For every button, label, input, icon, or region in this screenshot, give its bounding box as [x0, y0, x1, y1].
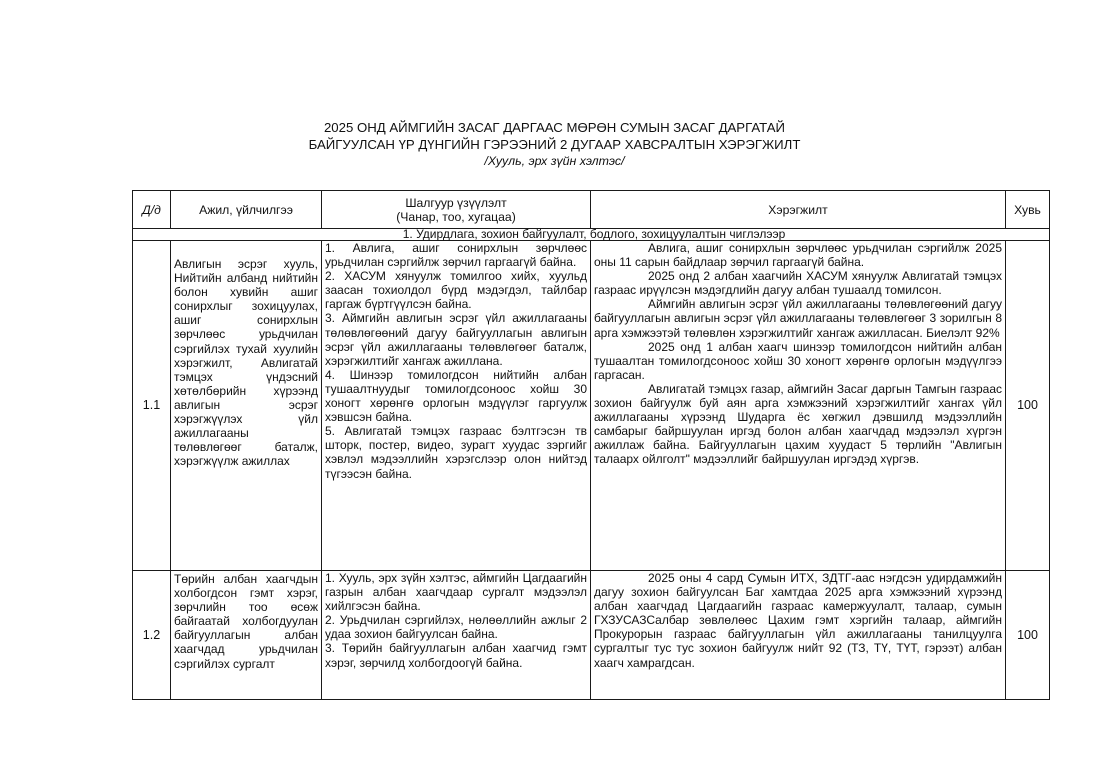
- implementation-paragraph: Аймгийн авлигын эсрэг үйл ажиллагааны тө…: [594, 297, 1002, 339]
- header-criteria: Шалгуур үзүүлэлт (Чанар, тоо, хугацаа): [322, 191, 591, 229]
- criteria-item: 4. Шинээр томилогдсон нийтийн албан туша…: [325, 368, 587, 424]
- row-num: 1.2: [133, 571, 171, 700]
- criteria-item: 3. Аймгийн авлигын эсрэг үйл ажиллагааны…: [325, 311, 587, 367]
- row-criteria: 1. Авлига, ашиг сонирхлын зөрчлөөс урьдч…: [322, 241, 591, 571]
- table-row: 1.2 Төрийн албан хаагчдын холбогдсон гэм…: [133, 571, 1050, 700]
- implementation-table: Д/д Ажил, үйлчилгээ Шалгуур үзүүлэлт (Ча…: [132, 190, 1050, 700]
- table-row: 1.1 Авлигын эсрэг хууль, Нийтийн албанд …: [133, 241, 1050, 571]
- document-title-line-1: 2025 ОНД АЙМГИЙН ЗАСАГ ДАРГААС МӨРӨН СУМ…: [0, 120, 1109, 137]
- document-title-line-2: БАЙГУУЛСАН ҮР ДҮНГИЙН ГЭРЭЭНИЙ 2 ДУГААР …: [0, 137, 1109, 154]
- implementation-paragraph: Авлигатай тэмцэх газар, аймгийн Засаг да…: [594, 382, 1002, 467]
- header-criteria-line2: (Чанар, тоо, хугацаа): [396, 210, 516, 224]
- header-work: Ажил, үйлчилгээ: [171, 191, 322, 229]
- header-percent: Хувь: [1006, 191, 1050, 229]
- implementation-paragraph: 2025 онд 2 албан хаагчийн ХАСУМ хянуулж …: [594, 269, 1002, 297]
- criteria-item: 2. Урьдчилан сэргийлэх, нөлөөллийн ажлыг…: [325, 613, 587, 641]
- row-criteria: 1. Хууль, эрх зүйн хэлтэс, аймгийн Цагда…: [322, 571, 591, 700]
- header-implementation: Хэрэгжилт: [591, 191, 1006, 229]
- row-implementation: 2025 оны 4 сард Сумын ИТХ, ЗДТГ-аас нэгд…: [591, 571, 1006, 700]
- row-work: Авлигын эсрэг хууль, Нийтийн албанд нийт…: [171, 241, 322, 571]
- row-percent: 100: [1006, 241, 1050, 571]
- header-num: Д/д: [133, 191, 171, 229]
- criteria-item: 3. Төрийн байгууллагын албан хаагчид гэм…: [325, 641, 587, 669]
- implementation-paragraph: 2025 онд 1 албан хаагч шинээр томилогдсо…: [594, 340, 1002, 382]
- row-implementation: Авлига, ашиг сонирхлын зөрчлөөс урьдчила…: [591, 241, 1006, 571]
- row-percent: 100: [1006, 571, 1050, 700]
- criteria-item: 1. Авлига, ашиг сонирхлын зөрчлөөс урьдч…: [325, 241, 587, 269]
- implementation-paragraph: Авлига, ашиг сонирхлын зөрчлөөс урьдчила…: [594, 241, 1002, 269]
- criteria-item: 5. Авлигатай тэмцэх газраас бэлтгэсэн тв…: [325, 424, 587, 480]
- header-criteria-line1: Шалгуур үзүүлэлт: [405, 196, 506, 210]
- row-work: Төрийн албан хаагчдын холбогдсон гэмт хэ…: [171, 571, 322, 700]
- table-header-row: Д/д Ажил, үйлчилгээ Шалгуур үзүүлэлт (Ча…: [133, 191, 1050, 229]
- criteria-item: 2. ХАСУМ хянуулж томилгоо хийх, хуульд з…: [325, 269, 587, 311]
- document-header: 2025 ОНД АЙМГИЙН ЗАСАГ ДАРГААС МӨРӨН СУМ…: [0, 120, 1109, 170]
- criteria-item: 1. Хууль, эрх зүйн хэлтэс, аймгийн Цагда…: [325, 571, 587, 613]
- section-title: 1. Удирдлага, зохион байгуулалт, бодлого…: [133, 229, 1050, 241]
- row-num: 1.1: [133, 241, 171, 571]
- document-subtitle: /Хууль, эрх зүйн хэлтэс/: [0, 153, 1109, 170]
- section-row: 1. Удирдлага, зохион байгуулалт, бодлого…: [133, 229, 1050, 241]
- implementation-paragraph: 2025 оны 4 сард Сумын ИТХ, ЗДТГ-аас нэгд…: [594, 571, 1002, 670]
